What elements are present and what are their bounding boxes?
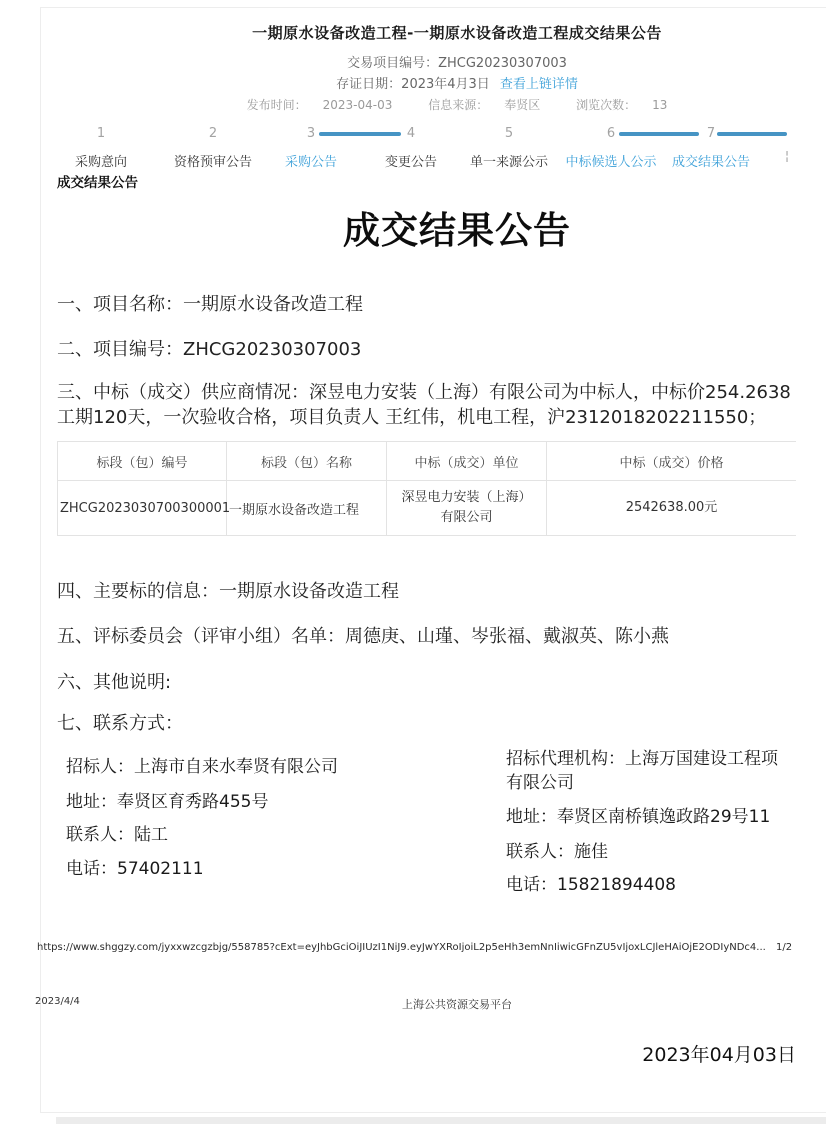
tenderer-name: 招标人：上海市自来水奉贤有限公司 — [66, 752, 338, 777]
col-bid-name: 标段（包）名称 — [227, 442, 387, 481]
next-page-divider — [56, 1117, 826, 1124]
step-connector-line-6-7 — [619, 132, 699, 136]
cell-winner-unit: 深昱电力安装（上海） 有限公司 — [387, 481, 547, 536]
agency-address: 地址：奉贤区南桥镇逸政路29号11 — [506, 802, 770, 827]
section-project-number: 二、项目编号：ZHCG20230307003 — [57, 335, 361, 361]
cell-bid-number: ZHCG2023030700300001 — [58, 481, 227, 536]
agency-name-line2: 有限公司 — [506, 768, 574, 793]
step-number: 1 — [41, 126, 161, 141]
col-winner-price: 中标（成交）价格 — [547, 442, 797, 481]
agency-name-line1: 招标代理机构：上海万国建设工程项 — [506, 744, 778, 769]
cell-bid-name: 一期原水设备改造工程 — [227, 481, 387, 536]
page-title: 一期原水设备改造工程-一期原水设备改造工程成交结果公告 — [57, 22, 796, 43]
view-count: 浏览次数：13 — [568, 98, 675, 112]
clipped-next-step-fragment: ¦ — [785, 149, 789, 163]
print-footer-url: https://www.shggzy.com/jyxxwzcgzbjg/5587… — [37, 942, 766, 953]
col-winner-unit: 中标（成交）单位 — [387, 442, 547, 481]
agency-contact-person: 联系人：施佳 — [506, 837, 608, 862]
info-source: 信息来源：奉贤区 — [420, 98, 548, 112]
document-page: 一期原水设备改造工程-一期原水设备改造工程成交结果公告 交易项目编号：ZHCG2… — [40, 7, 826, 1113]
step-purchase-intent[interactable]: 1 采购意向 — [41, 126, 161, 170]
print-header-site-title: 上海公共资源交易平台 — [57, 996, 826, 1012]
publish-time: 发布时间：2023-04-03 — [239, 98, 401, 112]
section-winner-info-line2: 工期120天，一次验收合格，项目负责人 王红伟，机电工程，沪2312018202… — [57, 403, 766, 429]
signature-date: 2023年04月03日 — [57, 1040, 796, 1067]
col-bid-number: 标段（包）编号 — [58, 442, 227, 481]
cell-winner-price: 2542638.00元 — [547, 481, 797, 536]
tenderer-address: 地址：奉贤区育秀路455号 — [66, 787, 268, 812]
section-committee-list: 五、评标委员会（评审小组）名单：周德庚、山瑾、岑张福、戴淑英、陈小燕 — [57, 622, 669, 648]
step-connector-line-7-8 — [717, 132, 787, 136]
agency-phone: 电话：15821894408 — [506, 870, 676, 895]
tenderer-phone: 电话：57402111 — [66, 854, 204, 879]
result-table: 标段（包）编号 标段（包）名称 中标（成交）单位 中标（成交）价格 ZHCG20… — [57, 441, 796, 536]
step-label: 采购意向 — [41, 151, 161, 170]
step-label: 成交结果公告 — [651, 151, 771, 170]
table-row: ZHCG2023030700300001 一期原水设备改造工程 深昱电力安装（上… — [58, 481, 797, 536]
section-label: 成交结果公告 — [57, 171, 138, 191]
section-other-notes: 六、其他说明: — [57, 668, 171, 694]
section-winner-info-line1: 三、中标（成交）供应商情况：深昱电力安装（上海）有限公司为中标人，中标价254.… — [57, 378, 791, 404]
trade-number-label: 交易项目编号： — [347, 56, 438, 71]
table-header-row: 标段（包）编号 标段（包）名称 中标（成交）单位 中标（成交）价格 — [58, 442, 797, 481]
trade-number-value: ZHCG20230307003 — [438, 56, 567, 71]
cert-date-value: 2023年4月3日 — [401, 77, 490, 92]
trade-project-number: 交易项目编号：ZHCG20230307003 — [57, 52, 796, 71]
cert-date-line: 存证日期：2023年4月3日查看上链详情 — [57, 73, 796, 92]
step-connector-line-3-4 — [319, 132, 401, 136]
publish-info-line: 发布时间：2023-04-03 信息来源：奉贤区 浏览次数：13 — [57, 96, 796, 113]
tenderer-contact-person: 联系人：陆工 — [66, 820, 168, 845]
view-chain-link[interactable]: 查看上链详情 — [500, 77, 578, 92]
main-heading: 成交结果公告 — [57, 200, 796, 254]
print-preview-page: { "meta": { "title": "一期原水设备改造工程-一期原水设备改… — [0, 0, 826, 1124]
cert-date-label: 存证日期： — [336, 77, 401, 92]
section-contact-heading: 七、联系方式： — [57, 709, 183, 735]
print-page-number: 1/2 — [776, 942, 792, 953]
section-project-name: 一、项目名称：一期原水设备改造工程 — [57, 290, 363, 316]
section-subject-info: 四、主要标的信息：一期原水设备改造工程 — [57, 577, 399, 603]
